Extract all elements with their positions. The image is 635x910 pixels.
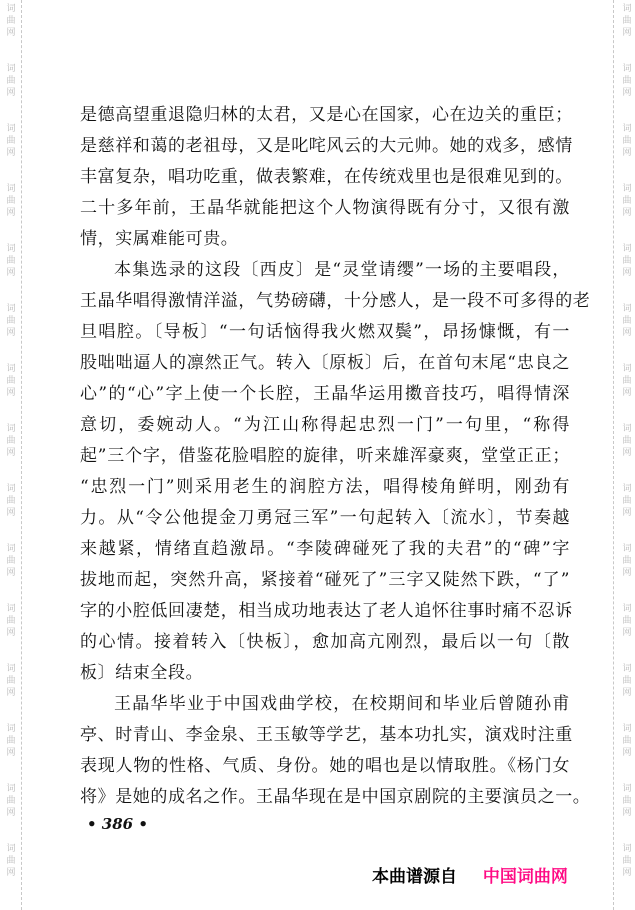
watermark-char: 网	[3, 567, 19, 579]
watermark-char: 词	[619, 783, 635, 795]
watermark-group: 词曲网	[3, 663, 19, 699]
watermark-char: 曲	[3, 135, 19, 147]
watermark-char: 词	[3, 363, 19, 375]
watermark-group: 词曲网	[3, 183, 19, 219]
watermark-group: 词曲网	[619, 603, 635, 639]
watermark-group: 词曲网	[619, 363, 635, 399]
watermark-char: 曲	[619, 735, 635, 747]
watermark-group: 词曲网	[3, 63, 19, 99]
watermark-group: 词曲网	[619, 663, 635, 699]
watermark-group: 词曲网	[3, 423, 19, 459]
paragraph-3: 王晶华毕业于中国戏曲学校，在校期间和毕业后曾随孙甫 亭、时青山、李金泉、王玉敏等…	[80, 689, 570, 813]
right-margin-watermark: 词曲网词曲网词曲网词曲网词曲网词曲网词曲网词曲网词曲网词曲网词曲网词曲网词曲网词…	[613, 0, 635, 910]
watermark-char: 词	[3, 723, 19, 735]
watermark-char: 网	[3, 147, 19, 159]
watermark-char: 词	[619, 663, 635, 675]
watermark-char: 曲	[3, 15, 19, 27]
watermark-char: 网	[619, 507, 635, 519]
watermark-char: 词	[619, 363, 635, 375]
watermark-char: 网	[619, 867, 635, 879]
watermark-group: 词曲网	[619, 183, 635, 219]
watermark-char: 网	[619, 627, 635, 639]
article-body: 是德高望重退隐归林的太君，又是心在国家，心在边关的重臣； 是慈祥和蔼的老祖母，又…	[80, 100, 570, 813]
watermark-char: 网	[619, 327, 635, 339]
watermark-group: 词曲网	[3, 363, 19, 399]
text-line: 力。从“令公他提金刀勇冠三军”一句起转入〔流水〕，节奏越	[80, 503, 570, 534]
text-line: 是德高望重退隐归林的太君，又是心在国家，心在边关的重臣；	[80, 100, 570, 131]
watermark-char: 网	[3, 507, 19, 519]
text-line: 情，实属难能可贵。	[80, 224, 570, 255]
watermark-char: 曲	[3, 315, 19, 327]
text-line: 二十多年前，王晶华就能把这个人物演得既有分寸，又很有激	[80, 193, 570, 224]
text-line: 将》是她的成名之作。王晶华现在是中国京剧院的主要演员之一。	[80, 782, 570, 813]
watermark-char: 曲	[3, 375, 19, 387]
page-number: • 386 •	[87, 815, 148, 833]
watermark-char: 网	[619, 567, 635, 579]
watermark-char: 曲	[3, 855, 19, 867]
watermark-char: 网	[3, 687, 19, 699]
watermark-char: 曲	[3, 495, 19, 507]
paragraph-2: 本集选录的这段〔西皮〕是“灵堂请缨”一场的主要唱段， 王晶华唱得激情洋溢，气势磅…	[80, 255, 570, 689]
text-line: 本集选录的这段〔西皮〕是“灵堂请缨”一场的主要唱段，	[80, 255, 570, 286]
watermark-char: 词	[619, 843, 635, 855]
source-label: 本曲谱源自	[372, 867, 457, 887]
text-line: 起”三个字，借鉴花脸唱腔的旋律，听来雄浑豪爽，堂堂正正；	[80, 441, 570, 472]
watermark-char: 词	[619, 183, 635, 195]
watermark-char: 曲	[619, 855, 635, 867]
watermark-char: 网	[619, 447, 635, 459]
watermark-char: 词	[619, 63, 635, 75]
watermark-group: 词曲网	[619, 723, 635, 759]
watermark-group: 词曲网	[3, 543, 19, 579]
text-line: 拔地而起，突然升高，紧接着“碰死了”三字又陡然下跌，“了”	[80, 565, 570, 596]
watermark-char: 词	[619, 123, 635, 135]
watermark-char: 网	[3, 867, 19, 879]
text-line: 股咄咄逼人的凛然正气。转入〔原板〕后，在首句末尾“忠良之	[80, 348, 570, 379]
watermark-char: 曲	[3, 555, 19, 567]
text-line: 心”的“心”字上使一个长腔，王晶华运用擞音技巧，唱得情深	[80, 379, 570, 410]
watermark-group: 词曲网	[619, 63, 635, 99]
text-line: 王晶华唱得激情洋溢，气势磅礴，十分感人，是一段不可多得的老	[80, 286, 570, 317]
watermark-char: 词	[3, 663, 19, 675]
watermark-char: 网	[619, 807, 635, 819]
watermark-group: 词曲网	[3, 483, 19, 519]
watermark-group: 词曲网	[619, 303, 635, 339]
watermark-char: 曲	[3, 615, 19, 627]
watermark-char: 曲	[619, 75, 635, 87]
watermark-char: 曲	[619, 315, 635, 327]
watermark-char: 曲	[619, 495, 635, 507]
watermark-group: 词曲网	[3, 843, 19, 879]
site-name-link[interactable]: 中国词曲网	[483, 867, 568, 887]
left-margin-watermark: 词曲网词曲网词曲网词曲网词曲网词曲网词曲网词曲网词曲网词曲网词曲网词曲网词曲网词…	[0, 0, 22, 910]
watermark-group: 词曲网	[619, 483, 635, 519]
watermark-char: 曲	[619, 615, 635, 627]
watermark-char: 词	[619, 723, 635, 735]
watermark-char: 词	[619, 423, 635, 435]
watermark-group: 词曲网	[3, 783, 19, 819]
watermark-char: 网	[3, 27, 19, 39]
paragraph-1: 是德高望重退隐归林的太君，又是心在国家，心在边关的重臣； 是慈祥和蔼的老祖母，又…	[80, 100, 570, 255]
watermark-group: 词曲网	[3, 723, 19, 759]
watermark-group: 词曲网	[619, 543, 635, 579]
text-line: 旦唱腔。〔导板〕“一句话恼得我火燃双鬓”，昂扬慷慨，有一	[80, 317, 570, 348]
watermark-char: 曲	[619, 195, 635, 207]
text-line: “忠烈一门”则采用老生的润腔方法，唱得棱角鲜明，刚劲有	[80, 472, 570, 503]
text-line: 是慈祥和蔼的老祖母，又是叱咤风云的大元帅。她的戏多，感情	[80, 131, 570, 162]
watermark-char: 网	[619, 27, 635, 39]
watermark-char: 网	[3, 747, 19, 759]
watermark-char: 词	[619, 3, 635, 15]
watermark-char: 词	[3, 843, 19, 855]
watermark-char: 曲	[3, 75, 19, 87]
watermark-char: 词	[3, 303, 19, 315]
watermark-char: 曲	[619, 375, 635, 387]
watermark-char: 曲	[3, 675, 19, 687]
watermark-group: 词曲网	[619, 783, 635, 819]
watermark-group: 词曲网	[3, 603, 19, 639]
watermark-char: 网	[3, 447, 19, 459]
text-line: 丰富复杂，唱功吃重，做表繁难，在传统戏里也是很难见到的。	[80, 162, 570, 193]
watermark-char: 词	[619, 243, 635, 255]
watermark-char: 网	[619, 747, 635, 759]
watermark-char: 网	[619, 207, 635, 219]
watermark-char: 曲	[619, 675, 635, 687]
watermark-char: 网	[3, 387, 19, 399]
watermark-char: 网	[3, 627, 19, 639]
watermark-char: 网	[619, 687, 635, 699]
watermark-group: 词曲网	[619, 3, 635, 39]
text-line: 亭、时青山、李金泉、王玉敏等学艺，基本功扎实，演戏时注重	[80, 720, 570, 751]
watermark-char: 网	[3, 87, 19, 99]
watermark-char: 曲	[3, 795, 19, 807]
watermark-char: 词	[3, 3, 19, 15]
watermark-char: 网	[3, 327, 19, 339]
watermark-char: 词	[3, 123, 19, 135]
text-line: 王晶华毕业于中国戏曲学校，在校期间和毕业后曾随孙甫	[80, 689, 570, 720]
watermark-char: 曲	[3, 435, 19, 447]
watermark-char: 词	[3, 483, 19, 495]
watermark-group: 词曲网	[619, 423, 635, 459]
watermark-char: 网	[3, 267, 19, 279]
watermark-group: 词曲网	[3, 3, 19, 39]
watermark-char: 网	[3, 207, 19, 219]
text-line: 表现人物的性格、气质、身份。她的唱也是以情取胜。《杨门女	[80, 751, 570, 782]
watermark-group: 词曲网	[619, 243, 635, 279]
watermark-char: 曲	[3, 735, 19, 747]
watermark-char: 词	[3, 243, 19, 255]
watermark-char: 网	[619, 267, 635, 279]
watermark-char: 网	[619, 387, 635, 399]
watermark-char: 网	[619, 147, 635, 159]
watermark-char: 词	[619, 303, 635, 315]
watermark-char: 词	[3, 63, 19, 75]
watermark-group: 词曲网	[3, 243, 19, 279]
watermark-char: 词	[3, 423, 19, 435]
watermark-char: 词	[619, 603, 635, 615]
watermark-char: 曲	[619, 135, 635, 147]
text-line: 字的小腔低回凄楚，相当成功地表达了老人追怀往事时痛不忍诉	[80, 596, 570, 627]
watermark-char: 网	[3, 807, 19, 819]
watermark-char: 曲	[619, 795, 635, 807]
watermark-group: 词曲网	[3, 303, 19, 339]
source-footer: 本曲谱源自 中国词曲网	[372, 862, 568, 887]
watermark-char: 词	[3, 183, 19, 195]
watermark-char: 曲	[619, 255, 635, 267]
watermark-char: 词	[619, 483, 635, 495]
watermark-char: 词	[619, 543, 635, 555]
watermark-group: 词曲网	[619, 123, 635, 159]
text-line: 的心情。接着转入〔快板〕，愈加高亢刚烈，最后以一句〔散	[80, 627, 570, 658]
watermark-char: 曲	[619, 15, 635, 27]
watermark-char: 曲	[3, 195, 19, 207]
text-line: 板〕结束全段。	[80, 658, 570, 689]
watermark-group: 词曲网	[619, 843, 635, 879]
watermark-char: 曲	[3, 255, 19, 267]
watermark-char: 词	[3, 603, 19, 615]
text-line: 来越紧，情绪直趋激昂。“李陵碑碰死了我的夫君”的“碑”字	[80, 534, 570, 565]
text-line: 意切，委婉动人。“为江山称得起忠烈一门”一句里，“称得	[80, 410, 570, 441]
watermark-group: 词曲网	[3, 123, 19, 159]
watermark-char: 词	[3, 543, 19, 555]
watermark-char: 词	[3, 783, 19, 795]
watermark-char: 曲	[619, 555, 635, 567]
watermark-char: 网	[619, 87, 635, 99]
watermark-char: 曲	[619, 435, 635, 447]
